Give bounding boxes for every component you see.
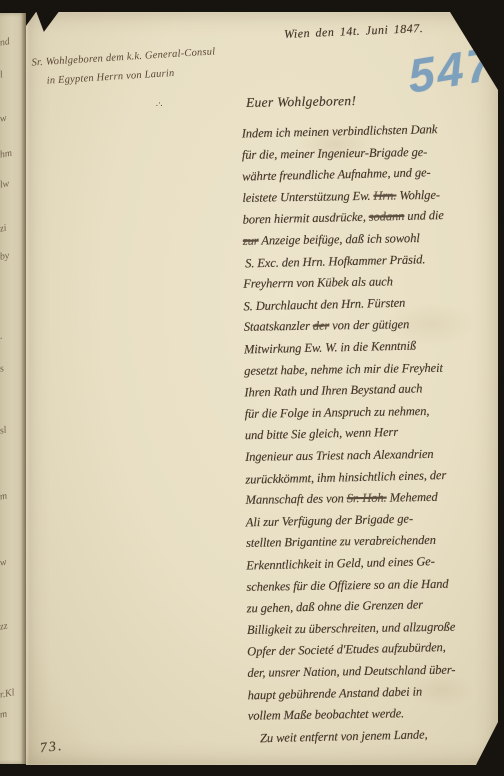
body-line: Staatskanzler der von der gütigen [244, 318, 410, 335]
body-line-text: Ingenieur aus Triest nach Alexandrien [245, 447, 434, 464]
edge-writing-fragment: w [0, 554, 21, 571]
body-line: der, unsrer Nation, und Deutschland über… [247, 663, 455, 680]
body-line: zurückkömmt, ihm hinsichtlich eines, der [245, 468, 446, 487]
body-line: Erkenntlichkeit in Geld, und eines Ge- [246, 554, 435, 572]
body-line-text: für die Folge in Anspruch zu nehmen, [245, 404, 430, 421]
edge-writing-fragment: w [0, 110, 21, 127]
margin-note-mark: .·. [156, 98, 163, 108]
body-line: vollem Maße beobachtet werde. [248, 706, 405, 722]
body-line-text: zu gehen, daß ohne die Grenzen der [247, 598, 424, 616]
body-line-text: und bitte Sie gleich, wenn Herr [245, 425, 398, 442]
page-number-ink: 73. [39, 739, 64, 757]
body-line: Zu weit entfernt von jenem Lande, [260, 727, 428, 745]
body-line: Ingenieur aus Triest nach Alexandrien [245, 447, 434, 464]
edge-writing-fragment: hm [0, 146, 21, 163]
body-line: Mannschaft des von Sr. Hoh. Mehemed [245, 490, 437, 507]
body-line-text: und die [404, 208, 444, 223]
body-line-text: gesetzt habe, nehme ich mir die Freyheit [244, 360, 443, 377]
body-line: Indem ich meinen verbindlichsten Dank [242, 122, 438, 140]
body-line-text: Ihren Rath und Ihren Beystand auch [244, 382, 422, 400]
body-line-text: währte freundliche Aufnahme, und ge- [242, 165, 431, 183]
body-line-text: der, unsrer Nation, und Deutschland über… [247, 663, 455, 680]
struck-word: zur [243, 234, 259, 248]
body-line-text: Wohlge- [396, 188, 440, 203]
body-line-text: haupt gebührende Anstand dabei in [247, 684, 422, 702]
body-line: S. Durchlaucht den Hrn. Fürsten [243, 295, 405, 313]
body-line: S. Exc. den Hrn. Hofkammer Präsid. [245, 252, 426, 270]
adjacent-page-edge-strip: ndlwhmlwziby·sslmwzzr.Klm [0, 13, 26, 764]
body-line-text: Zu weit entfernt von jenem Lande, [260, 727, 428, 745]
body-line: Ihren Rath und Ihren Beystand auch [244, 382, 422, 400]
body-line: boren hiermit ausdrücke, sodann und die [242, 208, 443, 227]
body-line: zur Anzeige beifüge, daß ich sowohl [243, 231, 420, 248]
body-line-text: Staatskanzler [244, 319, 313, 334]
body-line-text: Mehemed [387, 490, 438, 505]
body-line-text: S. Durchlaucht den Hrn. Fürsten [243, 295, 405, 313]
edge-writing-fragment: l [0, 66, 21, 83]
body-line-text: für die, meiner Ingenieur-Brigade ge- [242, 145, 427, 162]
dog-ear-notch [33, 9, 59, 33]
edge-writing-fragment: nd [0, 34, 21, 51]
edge-writing-fragment: m [0, 488, 21, 505]
struck-word: Hrn. [373, 188, 396, 202]
body-line: stellten Brigantine zu verabreichenden [246, 533, 436, 550]
salutation: Euer Wohlgeboren! [246, 93, 356, 111]
edge-writing-fragment: m [0, 706, 21, 723]
edge-writing-fragment: zi [0, 220, 21, 237]
body-line-text: stellten Brigantine zu verabreichenden [246, 533, 436, 550]
struck-word: sodann [369, 209, 405, 224]
body-line: Mitwirkung Ew. W. in die Kenntniß [244, 338, 416, 356]
body-line-text: schenkes für die Offiziere so an die Han… [246, 576, 448, 593]
body-line: für die Folge in Anspruch zu nehmen, [245, 404, 430, 421]
edge-writing-fragment: r.Kl [0, 686, 21, 703]
body-line: Ali zur Verfügung der Brigade ge- [246, 511, 413, 529]
body-line: Billigkeit zu überschreiten, und allzugr… [247, 619, 455, 636]
body-line: schenkes für die Offiziere so an die Han… [246, 576, 448, 593]
archival-folio-number-blue: 547 [406, 35, 497, 104]
body-line-text: Opfer der Societé d'Etudes aufzubürden, [247, 640, 446, 659]
edge-writing-fragment: zz [0, 618, 21, 635]
body-line: währte freundliche Aufnahme, und ge- [242, 165, 431, 183]
body-line-text: Anzeige beifüge, daß ich sowohl [258, 231, 419, 248]
body-line-text: Mannschaft des von [245, 491, 346, 507]
margin-address-note: Sr. Wohlgeboren dem k.k. General-Consul … [31, 46, 217, 87]
body-line-text: zurückkömmt, ihm hinsichtlich eines, der [245, 468, 446, 487]
edge-writing-fragment: by [0, 248, 21, 265]
body-line: und bitte Sie gleich, wenn Herr [245, 425, 398, 442]
body-line-text: Erkenntlichkeit in Geld, und eines Ge- [246, 554, 435, 572]
body-line-text: S. Exc. den Hrn. Hofkammer Präsid. [245, 252, 426, 270]
margin-note-line1: Sr. Wohlgeboren dem k.k. General-Consul [31, 46, 215, 68]
edge-writing-fragment: · [0, 330, 21, 347]
body-line: für die, meiner Ingenieur-Brigade ge- [242, 145, 427, 162]
body-line-text: Mitwirkung Ew. W. in die Kenntniß [244, 338, 416, 356]
body-line-text: boren hiermit ausdrücke, [242, 210, 368, 227]
body-line: leistete Unterstützung Ew. Hrn. Wohlge- [242, 188, 440, 205]
struck-word: der [313, 319, 330, 333]
struck-word: Sr. Hoh. [347, 491, 387, 506]
body-line-text: vollem Maße beobachtet werde. [248, 706, 405, 722]
edge-writing-fragment: sl [0, 422, 21, 439]
body-line: haupt gebührende Anstand dabei in [247, 684, 422, 702]
dateline: Wien den 14t. Juni 1847. [284, 21, 424, 42]
body-line: Freyherrn von Kübek als auch [243, 275, 393, 291]
body-line: zu gehen, daß ohne die Grenzen der [247, 598, 424, 616]
body-line-text: von der gütigen [329, 318, 409, 333]
letter-page: Wien den 14t. Juni 1847. 547 Sr. Wohlgeb… [26, 12, 498, 765]
body-line-text: Billigkeit zu überschreiten, und allzugr… [247, 619, 455, 636]
body-line-text: Freyherrn von Kübek als auch [243, 275, 393, 291]
edge-writing-fragment: lw [0, 176, 21, 193]
body-line-text: leistete Unterstützung Ew. [242, 189, 373, 205]
body-line: gesetzt habe, nehme ich mir die Freyheit [244, 360, 443, 377]
photo-background: { "colors":{ "background":"#17130f", "pa… [0, 0, 504, 776]
margin-note-line2: in Egypten Herrn von Laurin [46, 65, 216, 86]
body-line-text: Ali zur Verfügung der Brigade ge- [246, 511, 413, 529]
body-line-text: Indem ich meinen verbindlichsten Dank [242, 122, 438, 140]
edge-writing-fragment: s [0, 360, 21, 377]
letter-body: Indem ich meinen verbindlichsten Dankfür… [242, 123, 504, 766]
body-line: Opfer der Societé d'Etudes aufzubürden, [247, 640, 446, 659]
